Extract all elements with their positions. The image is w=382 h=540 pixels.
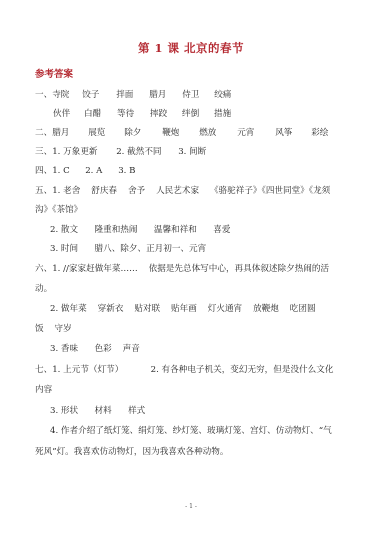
answer-line-7-1a: 七、1. 上元节（灯节） 2. 有各种电子机关，变幻无穷，但是没什么文化 [35, 363, 333, 375]
answer-line-7-3: 3. 形状 材料 样式 [50, 404, 145, 416]
answer-line-1b: 伙伴白醋等待摔跤绊倒措施 [53, 107, 231, 119]
answer-line-3: 三、1. 万象更新2. 截然不同3. 间断 [35, 145, 206, 157]
page-number: - 1 - [0, 503, 382, 510]
answer-line-6-2a: 2. 做年菜 穿新衣 贴对联 贴年画 灯火通宵 放鞭炮 吃团圆 [50, 302, 316, 314]
answer-line-1a: 一、寺院饺子拌面腊月侍卫绞痛 [35, 88, 231, 100]
answer-line-5-2: 2. 散文 隆重和热闹 温馨和祥和 喜爱 [50, 223, 230, 235]
reference-answers-heading: 参考答案 [35, 66, 73, 80]
answer-line-7-4a: 4. 作者介绍了纸灯笼、绢灯笼、纱灯笼、玻璃灯笼、宫灯、仿动物灯、“气 [50, 424, 332, 436]
answer-line-5-1a: 五、1. 老舍 舒庆春 舍予 人民艺术家 《骆驼祥子》《四世同堂》《龙须 [35, 184, 330, 196]
answer-line-7-4b: 死风”灯。我喜欢仿动物灯，因为我喜欢各种动物。 [35, 445, 228, 457]
answer-line-6-2b: 饭 守岁 [35, 322, 72, 334]
answer-line-5-1b: 沟》《茶馆》 [35, 203, 82, 215]
answer-line-6-1a: 六、1. //家家赶做年菜…… 依据是先总体写中心，再具体叙述除夕热闹的活 [35, 262, 329, 274]
answer-line-6-1b: 动。 [35, 282, 52, 294]
answer-line-5-3: 3. 时间 腊八、除夕、正月初一、元宵 [50, 242, 206, 254]
answer-line-2: 二、腊月展览除夕鞭炮燃放元宵风筝彩绘 [35, 126, 328, 138]
lesson-title: 第 1 课 北京的春节 [0, 40, 382, 56]
document-page: 第 1 课 北京的春节 参考答案 一、寺院饺子拌面腊月侍卫绞痛 伙伴白醋等待摔跤… [0, 0, 382, 540]
answer-line-4: 四、1. C2. A3. B [35, 164, 135, 176]
answer-line-6-3: 3. 香味 色彩 声音 [50, 342, 140, 354]
answer-line-7-1b: 内容 [35, 383, 52, 395]
